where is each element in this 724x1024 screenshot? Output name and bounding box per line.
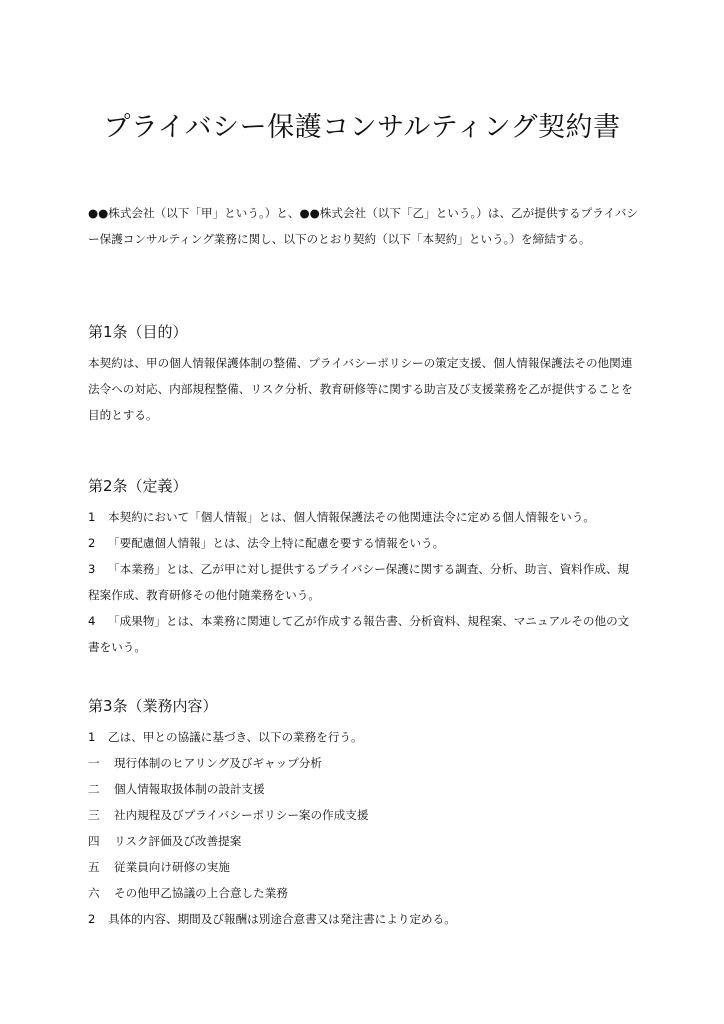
article-1-purpose: 第1条（目的） 本契約は、甲の個人情報保護体制の整備、プライバシーポリシーの策定…: [88, 320, 640, 428]
clause-text: 具体的内容、期間及び報酬は別途合意書又は発注書により定める。: [108, 912, 456, 926]
document-page: プライバシー保護コンサルティング契約書 ●●株式会社（以下「甲」という。）と、●…: [0, 0, 724, 1024]
document-title: プライバシー保護コンサルティング契約書: [0, 108, 724, 148]
article-body: 本契約は、甲の個人情報保護体制の整備、プライバシーポリシーの策定支援、個人情報保…: [88, 350, 640, 428]
article-3-scope-of-services: 第3条（業務内容） 1乙は、甲との協議に基づき、以下の業務を行う。 一現行体制の…: [88, 694, 640, 932]
clause-text: 「本業務」とは、乙が甲に対し提供するプライバシー保護に関する調査、分析、助言、資…: [88, 562, 629, 602]
sub-clause-number: 二: [88, 776, 114, 802]
clause-item: 2具体的内容、期間及び報酬は別途合意書又は発注書により定める。: [88, 906, 640, 932]
sub-clause-item: 二個人情報取扱体制の設計支援: [88, 776, 640, 802]
intro-paragraph: ●●株式会社（以下「甲」という。）と、●●株式会社（以下「乙」という。）は、乙が…: [88, 200, 640, 252]
sub-clause-text: 社内規程及びプライバシーポリシー案の作成支援: [114, 808, 368, 822]
clause-number: 4: [88, 608, 108, 634]
article-2-definitions: 第2条（定義） 1本契約において「個人情報」とは、個人情報保護法その他関連法令に…: [88, 474, 640, 660]
sub-clause-number: 三: [88, 802, 114, 828]
clause-item: 4「成果物」とは、本業務に関連して乙が作成する報告書、分析資料、規程案、マニュア…: [88, 608, 640, 660]
sub-clause-text: 従業員向け研修の実施: [114, 860, 230, 874]
sub-clause-item: 一現行体制のヒアリング及びギャップ分析: [88, 750, 640, 776]
clause-item: 2「要配慮個人情報」とは、法令上特に配慮を要する情報をいう。: [88, 530, 640, 556]
clause-text: 「成果物」とは、本業務に関連して乙が作成する報告書、分析資料、規程案、マニュアル…: [88, 614, 629, 654]
sub-clause-item: 五従業員向け研修の実施: [88, 854, 640, 880]
clause-item: 1本契約において「個人情報」とは、個人情報保護法その他関連法令に定める個人情報を…: [88, 504, 640, 530]
clause-item: 3「本業務」とは、乙が甲に対し提供するプライバシー保護に関する調査、分析、助言、…: [88, 556, 640, 608]
sub-clause-number: 四: [88, 828, 114, 854]
sub-clause-item: 三社内規程及びプライバシーポリシー案の作成支援: [88, 802, 640, 828]
clause-text: 「要配慮個人情報」とは、法令上特に配慮を要する情報をいう。: [108, 536, 444, 550]
clause-text: 本契約において「個人情報」とは、個人情報保護法その他関連法令に定める個人情報をい…: [108, 510, 595, 524]
clause-number: 2: [88, 530, 108, 556]
sub-clause-number: 六: [88, 880, 114, 906]
sub-clause-text: その他甲乙協議の上合意した業務: [114, 886, 288, 900]
article-body: 1本契約において「個人情報」とは、個人情報保護法その他関連法令に定める個人情報を…: [88, 504, 640, 660]
article-heading: 第3条（業務内容）: [88, 694, 640, 718]
clause-item: 1乙は、甲との協議に基づき、以下の業務を行う。: [88, 724, 640, 750]
sub-clause-item: 六その他甲乙協議の上合意した業務: [88, 880, 640, 906]
sub-clause-text: 個人情報取扱体制の設計支援: [114, 782, 265, 796]
sub-clause-text: リスク評価及び改善提案: [114, 834, 241, 848]
clause-text: 乙は、甲との協議に基づき、以下の業務を行う。: [108, 730, 363, 744]
article-heading: 第1条（目的）: [88, 320, 640, 344]
clause-number: 2: [88, 906, 108, 932]
article-heading: 第2条（定義）: [88, 474, 640, 498]
sub-clause-number: 五: [88, 854, 114, 880]
clause-number: 3: [88, 556, 108, 582]
sub-clause-item: 四リスク評価及び改善提案: [88, 828, 640, 854]
sub-clause-number: 一: [88, 750, 114, 776]
article-body: 1乙は、甲との協議に基づき、以下の業務を行う。 一現行体制のヒアリング及びギャッ…: [88, 724, 640, 932]
sub-clause-text: 現行体制のヒアリング及びギャップ分析: [114, 756, 322, 770]
article-paragraph: 本契約は、甲の個人情報保護体制の整備、プライバシーポリシーの策定支援、個人情報保…: [88, 350, 640, 428]
clause-number: 1: [88, 504, 108, 530]
clause-number: 1: [88, 724, 108, 750]
